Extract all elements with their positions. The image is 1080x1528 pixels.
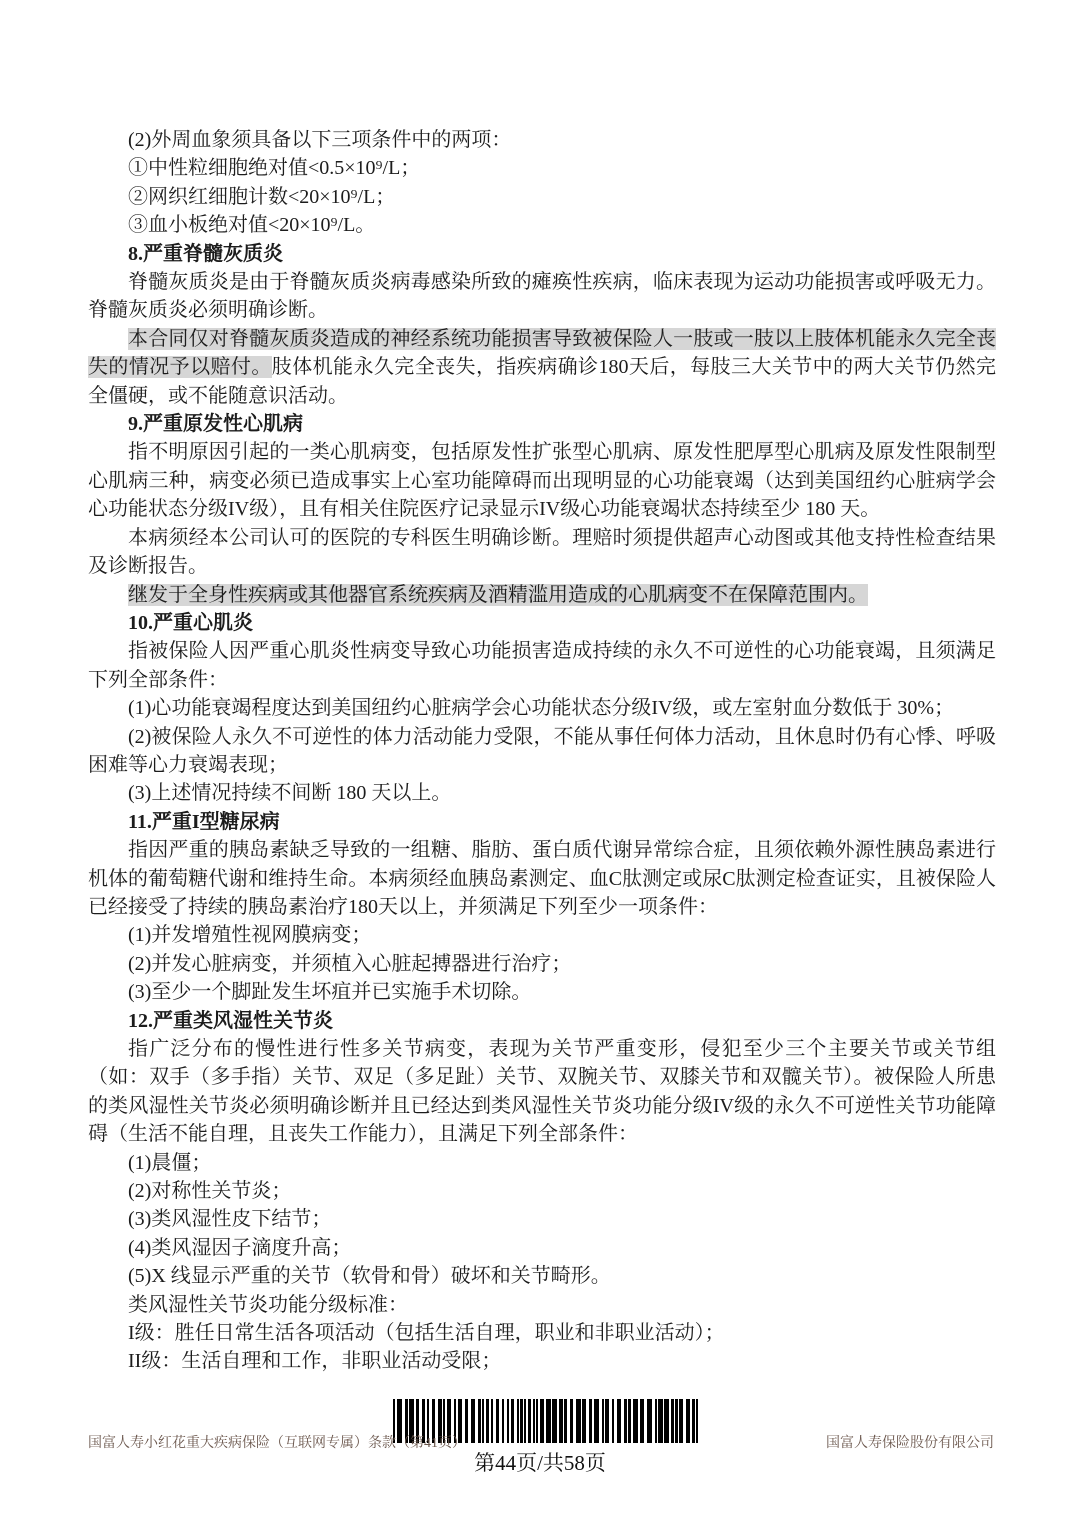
- document-body: (2)外周血象须具备以下三项条件中的两项：①中性粒细胞绝对值<0.5×10⁹/L…: [88, 126, 996, 1376]
- text-segment: (3)类风湿性皮下结节；: [128, 1208, 331, 1230]
- document-page: (2)外周血象须具备以下三项条件中的两项：①中性粒细胞绝对值<0.5×10⁹/L…: [0, 0, 1080, 1528]
- paragraph: (3)类风湿性皮下结节；: [88, 1205, 996, 1233]
- text-segment: 8.严重脊髓灰质炎: [128, 243, 283, 265]
- text-segment: 类风湿性关节炎功能分级标准：: [128, 1294, 408, 1316]
- paragraph: I级：胜任日常生活各项活动（包括生活自理，职业和非职业活动）；: [88, 1319, 996, 1347]
- text-segment: (2)外周血象须具备以下三项条件中的两项：: [128, 129, 511, 151]
- text-segment: II级：生活自理和工作，非职业活动受限；: [128, 1350, 501, 1372]
- paragraph: 指不明原因引起的一类心肌病变，包括原发性扩张型心肌病、原发性肥厚型心肌病及原发性…: [88, 438, 996, 523]
- text-segment: 本病须经本公司认可的医院的专科医生明确诊断。理赔时须提供超声心动图或其他支持性检…: [88, 527, 996, 577]
- text-segment: 脊髓灰质炎是由于脊髓灰质炎病毒感染所致的瘫痪性疾病，临床表现为运动功能损害或呼吸…: [88, 271, 996, 321]
- text-segment: ③血小板绝对值<20×10⁹/L。: [128, 214, 375, 236]
- text-segment: 11.严重I型糖尿病: [128, 811, 280, 833]
- paragraph: 指广泛分布的慢性进行性多关节病变，表现为关节严重变形，侵犯至少三个主要关节或关节…: [88, 1035, 996, 1149]
- paragraph: 本病须经本公司认可的医院的专科医生明确诊断。理赔时须提供超声心动图或其他支持性检…: [88, 524, 996, 581]
- text-segment: (2)被保险人永久不可逆性的体力活动能力受限，不能从事任何体力活动，且休息时仍有…: [88, 726, 996, 776]
- text-segment: (2)并发心脏病变，并须植入心脏起搏器进行治疗；: [128, 953, 571, 975]
- paragraph: ③血小板绝对值<20×10⁹/L。: [88, 211, 996, 239]
- paragraph: 本合同仅对脊髓灰质炎造成的神经系统功能损害导致被保险人一肢或一肢以上肢体机能永久…: [88, 325, 996, 410]
- paragraph: (1)晨僵；: [88, 1149, 996, 1177]
- text-segment: 指不明原因引起的一类心肌病变，包括原发性扩张型心肌病、原发性肥厚型心肌病及原发性…: [88, 441, 996, 520]
- paragraph: ②网织红细胞计数<20×10⁹/L；: [88, 183, 996, 211]
- paragraph: (2)被保险人永久不可逆性的体力活动能力受限，不能从事任何体力活动，且休息时仍有…: [88, 723, 996, 780]
- paragraph: (3)至少一个脚趾发生坏疽并已实施手术切除。: [88, 978, 996, 1006]
- text-segment: (1)心功能衰竭程度达到美国纽约心脏病学会心功能状态分级IV级，或左室射血分数低…: [128, 697, 954, 719]
- section-heading: 11.严重I型糖尿病: [88, 808, 996, 836]
- highlighted-clause: 继发于全身性疾病或其他器官系统疾病及酒精滥用造成的心肌病变不在保障范围内。: [128, 584, 868, 606]
- text-segment: 指因严重的胰岛素缺乏导致的一组糖、脂肪、蛋白质代谢异常综合症，且须依赖外源性胰岛…: [88, 839, 996, 918]
- paragraph: (1)并发增殖性视网膜病变；: [88, 921, 996, 949]
- paragraph: (2)外周血象须具备以下三项条件中的两项：: [88, 126, 996, 154]
- text-segment: ②网织红细胞计数<20×10⁹/L；: [128, 186, 395, 208]
- paragraph: 指被保险人因严重心肌炎性病变导致心功能损害造成持续的永久不可逆性的心功能衰竭，且…: [88, 637, 996, 694]
- paragraph: (5)X 线显示严重的关节（软骨和骨）破坏和关节畸形。: [88, 1262, 996, 1290]
- paragraph: 指因严重的胰岛素缺乏导致的一组糖、脂肪、蛋白质代谢异常综合症，且须依赖外源性胰岛…: [88, 836, 996, 921]
- text-segment: ①中性粒细胞绝对值<0.5×10⁹/L；: [128, 157, 420, 179]
- text-segment: (1)并发增殖性视网膜病变；: [128, 924, 371, 946]
- section-heading: 10.严重心肌炎: [88, 609, 996, 637]
- text-segment: 10.严重心肌炎: [128, 612, 253, 634]
- paragraph: (2)对称性关节炎；: [88, 1177, 996, 1205]
- text-segment: 指广泛分布的慢性进行性多关节病变，表现为关节严重变形，侵犯至少三个主要关节或关节…: [88, 1038, 996, 1145]
- text-segment: (3)上述情况持续不间断 180 天以上。: [128, 782, 451, 804]
- text-segment: (2)对称性关节炎；: [128, 1180, 291, 1202]
- text-segment: (5)X 线显示严重的关节（软骨和骨）破坏和关节畸形。: [128, 1265, 611, 1287]
- paragraph: (4)类风湿因子滴度升高；: [88, 1234, 996, 1262]
- paragraph: 类风湿性关节炎功能分级标准：: [88, 1291, 996, 1319]
- text-segment: (4)类风湿因子滴度升高；: [128, 1237, 351, 1259]
- paragraph: (3)上述情况持续不间断 180 天以上。: [88, 779, 996, 807]
- paragraph: 继发于全身性疾病或其他器官系统疾病及酒精滥用造成的心肌病变不在保障范围内。: [88, 581, 996, 609]
- text-segment: I级：胜任日常生活各项活动（包括生活自理，职业和非职业活动）；: [128, 1322, 725, 1344]
- paragraph: ①中性粒细胞绝对值<0.5×10⁹/L；: [88, 154, 996, 182]
- text-segment: (1)晨僵；: [128, 1152, 211, 1174]
- text-segment: 9.严重原发性心肌病: [128, 413, 303, 435]
- page-indicator: 第44页/共58页: [0, 1447, 1080, 1477]
- paragraph: 脊髓灰质炎是由于脊髓灰质炎病毒感染所致的瘫痪性疾病，临床表现为运动功能损害或呼吸…: [88, 268, 996, 325]
- paragraph: II级：生活自理和工作，非职业活动受限；: [88, 1347, 996, 1375]
- section-heading: 12.严重类风湿性关节炎: [88, 1007, 996, 1035]
- paragraph: (1)心功能衰竭程度达到美国纽约心脏病学会心功能状态分级IV级，或左室射血分数低…: [88, 694, 996, 722]
- section-heading: 9.严重原发性心肌病: [88, 410, 996, 438]
- text-segment: (3)至少一个脚趾发生坏疽并已实施手术切除。: [128, 981, 531, 1003]
- text-segment: 指被保险人因严重心肌炎性病变导致心功能损害造成持续的永久不可逆性的心功能衰竭，且…: [88, 640, 996, 690]
- paragraph: (2)并发心脏病变，并须植入心脏起搏器进行治疗；: [88, 950, 996, 978]
- section-heading: 8.严重脊髓灰质炎: [88, 240, 996, 268]
- text-segment: 12.严重类风湿性关节炎: [128, 1010, 333, 1032]
